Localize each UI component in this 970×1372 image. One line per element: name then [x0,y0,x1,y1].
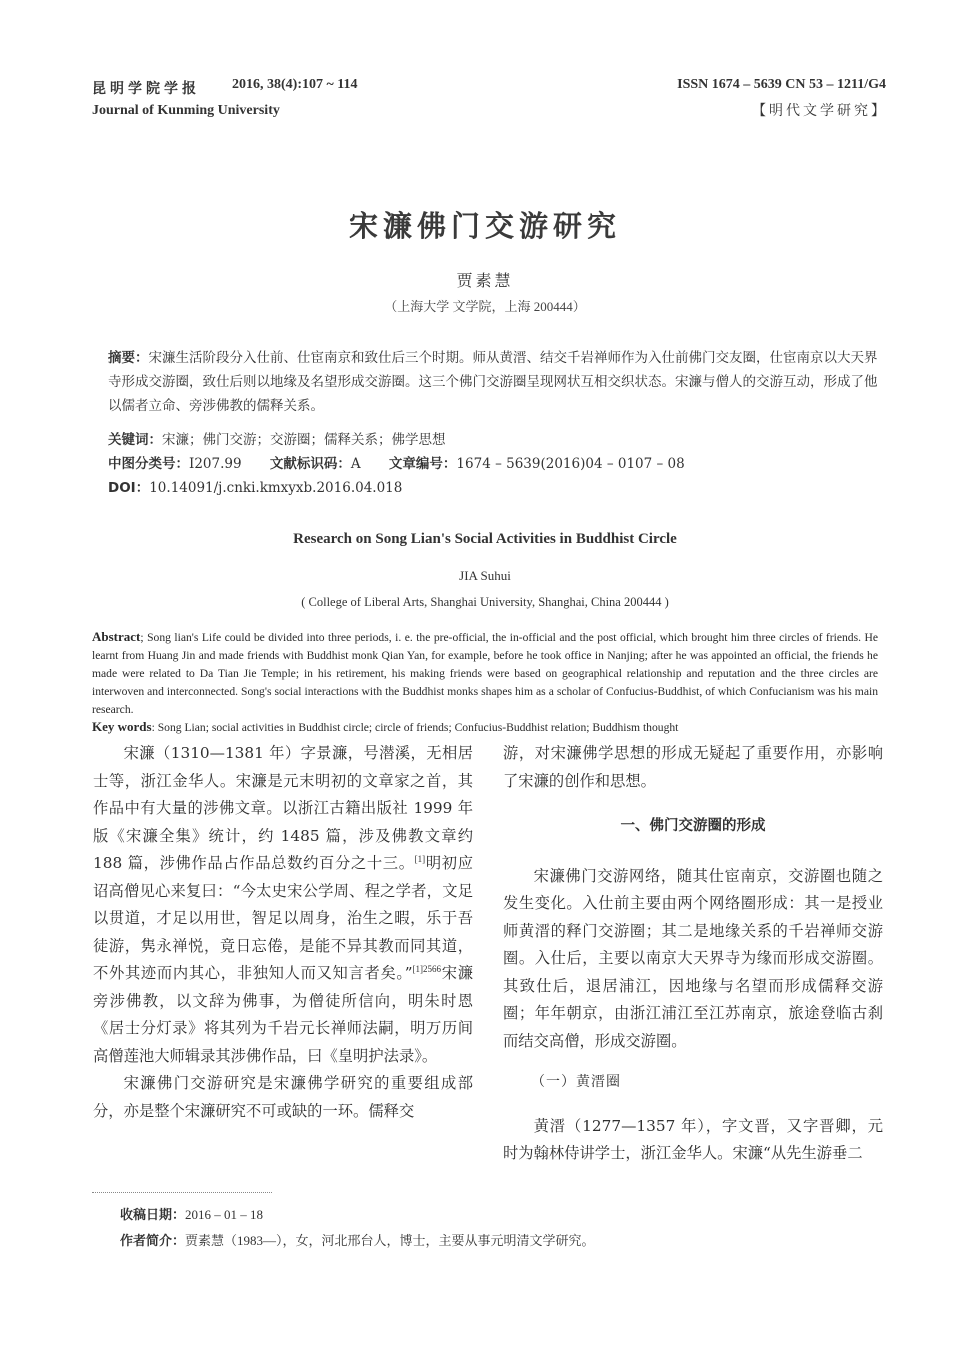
doi-value[interactable]: 10.14091/j.cnki.kmxyxb.2016.04.018 [149,480,402,496]
author-bio-value: 贾素慧（1983—），女，河北邢台人，博士，主要从事元明清文学研究。 [185,1233,595,1248]
body-paragraph: 宋濂佛门交游网络，随其仕宦南京，交游圈也随之发生变化。入仕前主要由两个网络圈形成… [503,863,883,1056]
author-name-en: JIA Suhui [0,568,970,584]
subsection-heading: （一）黄溍圈 [503,1069,883,1097]
affiliation-en: ( College of Liberal Arts, Shanghai Univ… [0,595,970,610]
body-paragraph: 黄溍（1277—1357 年），字文晋，又字晋卿，元时为翰林侍讲学士，浙江金华人… [503,1113,883,1168]
body-text: 宋濂（1310—1381 年）字景濂，号潜溪，无相居士等，浙江金华人。宋濂是元末… [93,744,473,872]
footnote-divider [92,1192,272,1193]
keywords-cn-label: 关键词： [108,432,162,448]
section-heading: 一、佛门交游圈的形成 [503,813,883,841]
doc-code-value: A [351,456,361,472]
abstract-en-text: ; Song lian's Life could be divided into… [92,631,878,716]
author-name-cn: 贾素慧 [0,268,970,291]
body-text: 明初应诏高僧见心来复曰：“今太史宋公学周、程之学者，文足以贯道，才足以用世，智足… [93,854,473,982]
column-label: 【明代文学研究】 [752,100,888,120]
classification-line: 中图分类号：I207.99 文献标识码：A 文章编号：1674 – 5639(2… [108,452,878,476]
abstract-cn-text: 宋濂生活阶段分入仕前、仕宦南京和致仕后三个时期。师从黄溍、结交千岩禅师作为入仕前… [108,350,878,414]
journal-name-en: Journal of Kunming University [92,103,280,119]
article-no-value: 1674 – 5639(2016)04 – 0107 – 08 [456,456,684,472]
issn-cn-number: ISSN 1674 – 5639 CN 53 – 1211/G4 [677,77,886,93]
abstract-cn: 摘要：宋濂生活阶段分入仕前、仕宦南京和致仕后三个时期。师从黄溍、结交千岩禅师作为… [108,346,878,418]
citation-ref[interactable]: [1] [415,854,426,864]
keywords-en-text: : Song Lian; social activities in Buddhi… [152,721,679,734]
body-paragraph: 宋濂佛门交游研究是宋濂佛学研究的重要组成部分，亦是整个宋濂研究不可或缺的一环。儒… [93,1070,473,1125]
paper-title-cn: 宋濂佛门交游研究 [0,204,970,245]
body-column-left: 宋濂（1310—1381 年）字景濂，号潜溪，无相居士等，浙江金华人。宋濂是元末… [93,740,473,1125]
body-column-right: 游，对宋濂佛学思想的形成无疑起了重要作用，亦影响了宋濂的创作和思想。 一、佛门交… [503,740,883,1168]
received-date-value: 2016 – 01 – 18 [185,1207,263,1222]
received-date: 收稿日期：2016 – 01 – 18 [120,1204,263,1223]
received-date-label: 收稿日期： [120,1208,185,1223]
keywords-cn-text: 宋濂；佛门交游；交游圈；儒释关系；佛学思想 [162,432,446,448]
keywords-cn: 关键词：宋濂；佛门交游；交游圈；儒释关系；佛学思想 [108,428,878,452]
author-bio-label: 作者简介： [120,1234,185,1249]
clc-label: 中图分类号： [108,456,189,472]
body-paragraph: 宋濂（1310—1381 年）字景濂，号潜溪，无相居士等，浙江金华人。宋濂是元末… [93,740,473,1070]
keywords-en-label: Key words [92,719,152,734]
doc-code-label: 文献标识码： [270,456,351,472]
citation-info: 2016, 38(4):107 ~ 114 [232,77,358,93]
citation-ref[interactable]: [1]2566 [413,964,442,974]
doi-label: DOI： [108,480,149,496]
author-bio: 作者简介：贾素慧（1983—），女，河北邢台人，博士，主要从事元明清文学研究。 [120,1230,595,1249]
abstract-en: Abstract; Song lian's Life could be divi… [92,628,878,719]
clc-value: I207.99 [189,456,242,472]
doi-line: DOI：10.14091/j.cnki.kmxyxb.2016.04.018 [108,476,878,500]
abstract-en-label: Abstract [92,629,140,644]
keywords-en: Key words: Song Lian; social activities … [92,718,878,737]
affiliation-cn: （上海大学 文学院，上海 200444） [0,296,970,315]
article-no-label: 文章编号： [389,456,457,472]
body-paragraph: 游，对宋濂佛学思想的形成无疑起了重要作用，亦影响了宋濂的创作和思想。 [503,740,883,795]
abstract-cn-label: 摘要： [108,350,149,366]
paper-title-en: Research on Song Lian's Social Activitie… [0,531,970,548]
journal-name-cn: 昆明学院学报 [92,78,200,98]
